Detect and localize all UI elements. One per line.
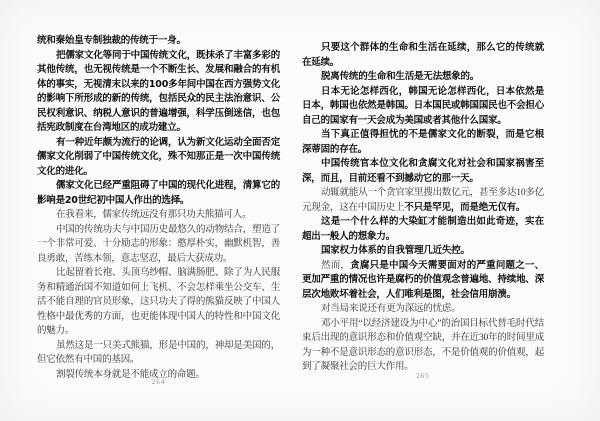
regular-text-segment: 邓小平用“以经济建设为中心”的治国目标代替毛时代结束后出现的意识形态和价值观空缺… — [302, 319, 544, 373]
page-right-number: 265 — [302, 372, 544, 380]
page-right-text: 只要这个群体的生命和生活在延续，那么它的传统就在延续。脱离传统的生命和生活是无法… — [302, 41, 544, 375]
regular-text-segment: 在我看来，儒家传统远没有那只功夫熊猫可人。 — [56, 210, 251, 220]
bold-text-segment: 国家权力体系的自我管理几近失控。 — [321, 245, 470, 256]
paragraph: 只要这个群体的生命和生活在延续，那么它的传统就在延续。 — [302, 41, 544, 70]
paragraph: 然而，贪腐只是中国今天需要面对的严重问题之一、更加严重的情况也许是腐朽的价值观念… — [302, 259, 544, 303]
paragraph: 中国的传统功夫与中国历史最悠久的动物结合，塑造了一个非常可爱、十分励志的形象：憨… — [37, 223, 280, 267]
bold-text-segment: 这是一个什么样的大染缸才能制造出如此奇迹，实在超出一般人的想象力。 — [302, 216, 544, 242]
paragraph: 对当局来说还有更为深远的忧虑。 — [302, 302, 544, 317]
bold-text-segment: 脱离传统的生命和生活是无法想象的。 — [321, 71, 479, 82]
regular-text-segment: 然而， — [321, 261, 350, 271]
paragraph: 动辄就能从一个贪官家里搜出数亿元，甚至多达10多亿元现金，这在中国历史上不只是罕… — [302, 186, 544, 215]
paragraph: 虽然这是一只美式熊猫，形是中国的，神却是美国的，但它依然有中国的基因。 — [37, 339, 280, 368]
paragraph: 脱离传统的生命和生活是无法想象的。 — [302, 70, 544, 85]
regular-text-segment: 中国的传统功夫与中国历史最悠久的动物结合，塑造了一个非常可爱、十分励志的形象：憨… — [37, 225, 280, 264]
paragraph: 把儒家文化等同于中国传统文化，既抹杀了丰富多彩的其他传统，也无视传统是一个不断生… — [37, 49, 280, 136]
regular-text-segment: 虽然这是一只美式熊猫，形是中国的，神却是美国的，但它依然有中国的基因。 — [37, 341, 280, 366]
bold-text-segment: 儒家文化已经严重阻碍了中国的现代化进程，清算它的影响是20世纪初中国人作出的选择… — [37, 180, 280, 206]
paragraph: 日本无论怎样西化，韩国无论怎样西化，日本依然是日本，韩国也依然是韩国。日本国民或… — [302, 85, 544, 129]
bold-text-segment: 中国传统官本位文化和贪腐文化对社会和国家祸害至深，而且，目前还看不到撼动它的那一… — [302, 158, 544, 184]
paragraph: 当下真正值得担忧的不是儒家文化的断裂，而是它根深蒂固的存在。 — [302, 128, 544, 157]
page-left-number: 264 — [37, 378, 280, 386]
bold-text-segment: 当下真正值得担忧的不是儒家文化的断裂，而是它根深蒂固的存在。 — [302, 129, 544, 155]
bold-text-segment: 不只是罕见，而是绝无仅有。 — [404, 202, 525, 213]
bold-text-segment: 把儒家文化等同于中国传统文化，既抹杀了丰富多彩的其他传统，也无视传统是一个不断生… — [37, 50, 280, 134]
page-left-text: 统和秦始皇专制独裁的传统于一身。把儒家文化等同于中国传统文化，既抹杀了丰富多彩的… — [37, 34, 280, 382]
paragraph: 国家权力体系的自我管理几近失控。 — [302, 244, 544, 259]
bold-text-segment: 有一种近年颇为流行的论调，认为新文化运动全面否定儒家文化削弱了中国传统文化，殊不… — [37, 137, 280, 177]
paragraph: 儒家文化已经严重阻碍了中国的现代化进程，清算它的影响是20世纪初中国人作出的选择… — [37, 179, 280, 208]
paragraph: 在我看来，儒家传统远没有那只功夫熊猫可人。 — [37, 208, 280, 223]
paragraph: 统和秦始皇专制独裁的传统于一身。 — [37, 34, 280, 49]
paragraph: 比起留着长袍、头顶乌纱帽、脑满肠肥、除了为人民服务和精通治国不知道如何上飞机、不… — [37, 266, 280, 339]
paragraph: 中国传统官本位文化和贪腐文化对社会和国家祸害至深，而且，目前还看不到撼动它的那一… — [302, 157, 544, 186]
bold-text-segment: 日本无论怎样西化，韩国无论怎样西化，日本依然是日本，韩国也依然是韩国。日本国民或… — [302, 86, 544, 126]
paragraph: 这是一个什么样的大染缸才能制造出如此奇迹，实在超出一般人的想象力。 — [302, 215, 544, 244]
book-spread: 统和秦始皇专制独裁的传统于一身。把儒家文化等同于中国传统文化，既抹杀了丰富多彩的… — [0, 0, 600, 421]
regular-text-segment: 对当局来说还有更为深远的忧虑。 — [321, 304, 461, 314]
regular-text-segment: 比起留着长袍、头顶乌纱帽、脑满肠肥、除了为人民服务和精通治国不知道如何上飞机、不… — [37, 268, 280, 336]
paragraph: 有一种近年颇为流行的论调，认为新文化运动全面否定儒家文化削弱了中国传统文化，殊不… — [37, 136, 280, 180]
bold-text-segment: 只要这个群体的生命和生活在延续，那么它的传统就在延续。 — [302, 42, 544, 68]
bold-text-segment: 统和秦始皇专制独裁的传统于一身。 — [37, 35, 186, 46]
paragraph: 邓小平用“以经济建设为中心”的治国目标代替毛时代结束后出现的意识形态和价值观空缺… — [302, 317, 544, 375]
